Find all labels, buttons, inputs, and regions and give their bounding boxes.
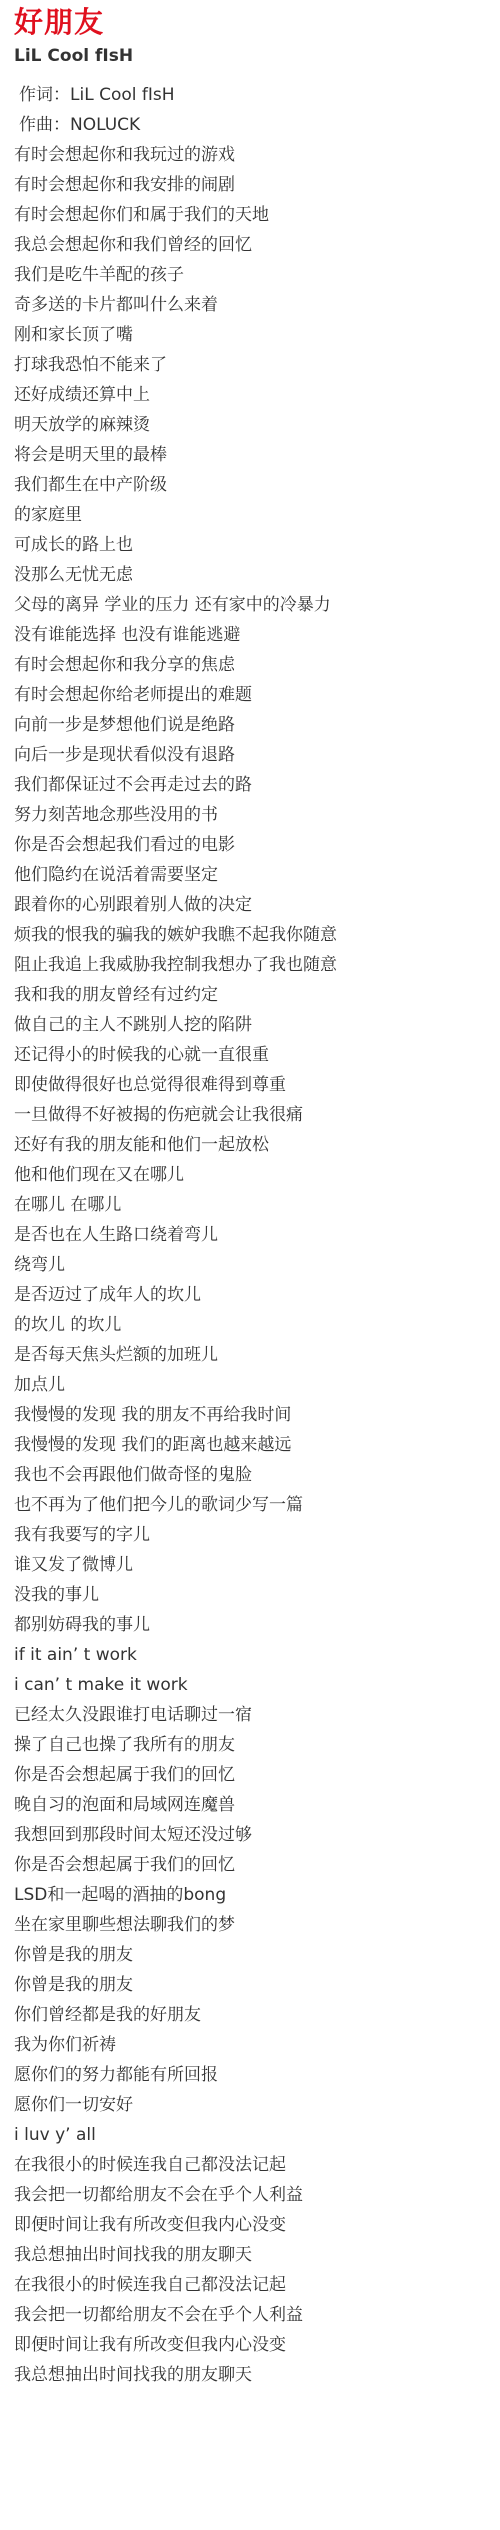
lyric-line: 做自己的主人不跳别人挖的陷阱 — [14, 1010, 490, 1040]
lyric-line: 愿你们的努力都能有所回报 — [14, 2060, 490, 2090]
lyric-line: 操了自己也操了我所有的朋友 — [14, 1730, 490, 1760]
lyric-line: 我慢慢的发现 我们的距离也越来越远 — [14, 1430, 490, 1460]
lyric-line: 也不再为了他们把今儿的歌词少写一篇 — [14, 1490, 490, 1520]
lyric-line: 一旦做得不好被揭的伤疤就会让我很痛 — [14, 1100, 490, 1130]
lyric-line: 你曾是我的朋友 — [14, 1940, 490, 1970]
lyric-line: 父母的离异 学业的压力 还有家中的冷暴力 — [14, 590, 490, 620]
lyric-line: 向后一步是现状看似没有退路 — [14, 740, 490, 770]
lyric-line: 跟着你的心别跟着别人做的决定 — [14, 890, 490, 920]
lyric-line: 我总想抽出时间找我的朋友聊天 — [14, 2240, 490, 2270]
lyric-line: 即使做得很好也总觉得很难得到尊重 — [14, 1070, 490, 1100]
lyric-line: 坐在家里聊些想法聊我们的梦 — [14, 1910, 490, 1940]
lyric-line: 有时会想起你给老师提出的难题 — [14, 680, 490, 710]
lyric-line: LSD和一起喝的酒抽的bong — [14, 1880, 490, 1910]
lyric-line: 在我很小的时候连我自己都没法记起 — [14, 2270, 490, 2300]
lyric-line: 的家庭里 — [14, 500, 490, 530]
lyric-line: if it ain’ t work — [14, 1640, 490, 1670]
lyric-line: 努力刻苦地念那些没用的书 — [14, 800, 490, 830]
lyric-line: i can’ t make it work — [14, 1670, 490, 1700]
lyric-line: 有时会想起你和我玩过的游戏 — [14, 140, 490, 170]
lyric-line: 奇多送的卡片都叫什么来着 — [14, 290, 490, 320]
lyric-line: 即便时间让我有所改变但我内心没变 — [14, 2210, 490, 2240]
lyric-line: 还好有我的朋友能和他们一起放松 — [14, 1130, 490, 1160]
lyric-line: 在我很小的时候连我自己都没法记起 — [14, 2150, 490, 2180]
lyric-line: 谁又发了微博儿 — [14, 1550, 490, 1580]
lyric-line: 我们是吃牛羊配的孩子 — [14, 260, 490, 290]
lyric-line: 是否每天焦头烂额的加班儿 — [14, 1340, 490, 1370]
lyric-line: 我和我的朋友曾经有过约定 — [14, 980, 490, 1010]
lyric-line: 明天放学的麻辣烫 — [14, 410, 490, 440]
lyric-line: 还记得小的时候我的心就一直很重 — [14, 1040, 490, 1070]
lyric-line: 向前一步是梦想他们说是绝路 — [14, 710, 490, 740]
lyric-line: 绕弯儿 — [14, 1250, 490, 1280]
lyricist-credit: 作词：LiL Cool fIsH — [19, 80, 490, 110]
lyric-line: 已经太久没跟谁打电话聊过一宿 — [14, 1700, 490, 1730]
lyric-line: 你们曾经都是我的好朋友 — [14, 2000, 490, 2030]
lyric-line: 我有我要写的字儿 — [14, 1520, 490, 1550]
lyrics-body: 有时会想起你和我玩过的游戏有时会想起你和我安排的闹剧有时会想起你们和属于我们的天… — [14, 140, 490, 2390]
lyric-line: 晚自习的泡面和局域网连魔兽 — [14, 1790, 490, 1820]
lyric-line: 他和他们现在又在哪儿 — [14, 1160, 490, 1190]
lyric-line: 是否也在人生路口绕着弯儿 — [14, 1220, 490, 1250]
lyric-line: 的坎儿 的坎儿 — [14, 1310, 490, 1340]
lyric-line: 还好成绩还算中上 — [14, 380, 490, 410]
artist-name: LiL Cool fIsH — [14, 44, 490, 68]
lyric-line: 可成长的路上也 — [14, 530, 490, 560]
lyric-line: 是否迈过了成年人的坎儿 — [14, 1280, 490, 1310]
lyric-line: 没那么无忧无虑 — [14, 560, 490, 590]
lyric-line: 即便时间让我有所改变但我内心没变 — [14, 2330, 490, 2360]
lyric-line: 愿你们一切安好 — [14, 2090, 490, 2120]
lyric-line: 我为你们祈祷 — [14, 2030, 490, 2060]
lyric-line: 我们都生在中产阶级 — [14, 470, 490, 500]
lyric-line: 我们都保证过不会再走过去的路 — [14, 770, 490, 800]
lyric-line: 没我的事儿 — [14, 1580, 490, 1610]
lyric-line: 你是否会想起我们看过的电影 — [14, 830, 490, 860]
lyric-line: 他们隐约在说活着需要坚定 — [14, 860, 490, 890]
composer-credit: 作曲：NOLUCK — [19, 110, 490, 140]
lyric-line: 我总想抽出时间找我的朋友聊天 — [14, 2360, 490, 2390]
lyric-line: 打球我恐怕不能来了 — [14, 350, 490, 380]
lyric-line: 我会把一切都给朋友不会在乎个人利益 — [14, 2180, 490, 2210]
lyric-line: 我想回到那段时间太短还没过够 — [14, 1820, 490, 1850]
lyric-line: 刚和家长顶了嘴 — [14, 320, 490, 350]
song-title: 好朋友 — [14, 2, 490, 42]
lyric-line: 阻止我追上我威胁我控制我想办了我也随意 — [14, 950, 490, 980]
lyric-line: 没有谁能选择 也没有谁能逃避 — [14, 620, 490, 650]
lyric-line: 将会是明天里的最棒 — [14, 440, 490, 470]
lyric-line: 有时会想起你和我分享的焦虑 — [14, 650, 490, 680]
lyric-line: 有时会想起你和我安排的闹剧 — [14, 170, 490, 200]
lyric-line: 在哪儿 在哪儿 — [14, 1190, 490, 1220]
lyric-line: 你曾是我的朋友 — [14, 1970, 490, 2000]
lyric-line: 我会把一切都给朋友不会在乎个人利益 — [14, 2300, 490, 2330]
lyric-line: 都别妨碍我的事儿 — [14, 1610, 490, 1640]
lyric-line: 我总会想起你和我们曾经的回忆 — [14, 230, 490, 260]
lyrics-page: 好朋友 LiL Cool fIsH 作词：LiL Cool fIsH 作曲：NO… — [0, 0, 500, 2390]
lyric-line: 我慢慢的发现 我的朋友不再给我时间 — [14, 1400, 490, 1430]
credits-block: 作词：LiL Cool fIsH 作曲：NOLUCK — [14, 80, 490, 140]
lyric-line: 你是否会想起属于我们的回忆 — [14, 1850, 490, 1880]
lyric-line: 加点儿 — [14, 1370, 490, 1400]
lyric-line: 烦我的恨我的骗我的嫉妒我瞧不起我你随意 — [14, 920, 490, 950]
lyric-line: 我也不会再跟他们做奇怪的鬼脸 — [14, 1460, 490, 1490]
lyric-line: 有时会想起你们和属于我们的天地 — [14, 200, 490, 230]
lyric-line: 你是否会想起属于我们的回忆 — [14, 1760, 490, 1790]
lyric-line: i luv y’ all — [14, 2120, 490, 2150]
